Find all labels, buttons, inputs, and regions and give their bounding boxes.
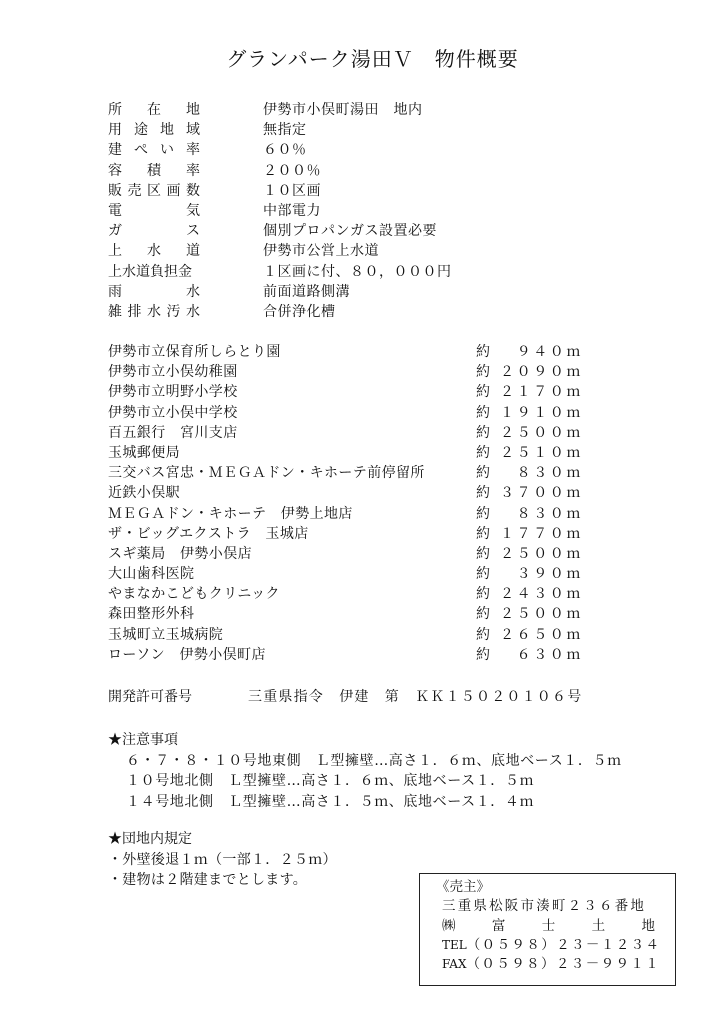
estate-rules-section: ★団地内規定 ・外壁後退１ｍ（一部１．２５ｍ） ・建物は２階建までとします。	[108, 829, 337, 891]
spec-value: 合併浄化槽	[263, 302, 336, 322]
phone-number: （０５９８）２３－１２３４	[467, 937, 661, 953]
phone-prefix: TEL	[442, 938, 467, 952]
facility-distance: ２５００ｍ	[500, 423, 583, 443]
spec-row-zoning: 用 途 地 域 無指定	[108, 120, 608, 140]
facility-row: スギ薬局 伊勢小俣店 約 ２５００ｍ	[108, 544, 588, 564]
label-char: 水	[147, 302, 161, 322]
approx-label: 約	[476, 483, 490, 503]
seller-info-box: 《売主》 三重県松阪市湊町２３６番地 ㈱ 富 士 土 地 TEL（０５９８）２３…	[419, 873, 676, 986]
facility-row: ローソン 伊勢小俣町店 約 ６３０ｍ	[108, 645, 588, 665]
spec-value: 伊勢市公営上水道	[263, 241, 379, 261]
caution-item: ６・７・８・１０号地東側 Ｌ型擁壁…高さ１．６ｍ、底地ベース１．５ｍ	[108, 751, 622, 772]
facility-distance: ２５１０ｍ	[500, 443, 583, 463]
company-char: 土	[592, 916, 606, 936]
approx-label: 約	[476, 625, 490, 645]
facility-name: ザ・ビッグエクストラ 玉城店	[108, 524, 309, 544]
facility-row: 伊勢市立小俣幼稚園 約 ２０９０ｍ	[108, 362, 588, 382]
spec-label: 所 在 地	[108, 100, 200, 120]
spec-row-rainwater: 雨 水 前面道路側溝	[108, 282, 608, 302]
facility-name: 伊勢市立保育所しらとり園	[108, 342, 281, 362]
label-char: ガ	[108, 221, 122, 241]
spec-value: １区画に付、８０，０００円	[263, 262, 452, 282]
spec-row-building-coverage: 建 ぺ い 率 ６０％	[108, 140, 608, 160]
company-char: 地	[642, 916, 656, 936]
facility-distance: ２１７０ｍ	[500, 382, 583, 402]
spec-row-floor-area-ratio: 容 積 率 ２００％	[108, 161, 608, 181]
spec-label: 電 気	[108, 201, 200, 221]
spec-label: 用 途 地 域	[108, 120, 200, 140]
facility-name: スギ薬局 伊勢小俣店	[108, 544, 252, 564]
approx-label: 約	[476, 544, 490, 564]
facility-name: ＭＥＧＡドン・キホーテ 伊勢上地店	[108, 504, 353, 524]
label-char: 地	[186, 100, 200, 120]
facility-row: やまなかこどもクリニック 約 ２４３０ｍ	[108, 584, 588, 604]
facility-name: 玉城郵便局	[108, 443, 180, 463]
label-char: 雑	[108, 302, 122, 322]
facility-distance: ９４０ｍ	[517, 342, 583, 362]
facility-name: ローソン 伊勢小俣町店	[108, 645, 266, 665]
spec-label: 上水道負担金	[108, 262, 200, 282]
spec-row-location: 所 在 地 伊勢市小俣町湯田 地内	[108, 100, 608, 120]
spec-value: ２００％	[263, 161, 321, 181]
spec-label: 販 売 区 画 数	[108, 181, 200, 201]
property-summary-page: グランパーク湯田Ｖ 物件概要 所 在 地 伊勢市小俣町湯田 地内 用 途 地 域…	[0, 0, 725, 1024]
label-char: 域	[186, 120, 200, 140]
facility-row: ＭＥＧＡドン・キホーテ 伊勢上地店 約 ８３０ｍ	[108, 504, 588, 524]
spec-label: 雨 水	[108, 282, 200, 302]
label-char: 道	[186, 241, 200, 261]
spec-value: ６０％	[263, 140, 307, 160]
label-char: 在	[147, 100, 161, 120]
label-char: 水	[186, 282, 200, 302]
label-char: 水	[186, 302, 200, 322]
approx-label: 約	[476, 463, 490, 483]
nearby-facilities-list: 伊勢市立保育所しらとり園 約 ９４０ｍ 伊勢市立小俣幼稚園 約 ２０９０ｍ 伊勢…	[108, 342, 588, 665]
company-char: 士	[542, 916, 556, 936]
spec-row-gas: ガ ス 個別プロパンガス設置必要	[108, 221, 608, 241]
facility-distance: ６３０ｍ	[517, 645, 583, 665]
facility-name: 伊勢市立小俣幼稚園	[108, 362, 238, 382]
label-char: 水	[147, 241, 161, 261]
facility-row: 森田整形外科 約 ２５００ｍ	[108, 604, 588, 624]
approx-label: 約	[476, 403, 490, 423]
label-char: 汚	[167, 302, 181, 322]
label-char: 上水道負担金	[108, 262, 192, 282]
spec-row-lot-count: 販 売 区 画 数 １０区画	[108, 181, 608, 201]
label-char: 用	[108, 120, 122, 140]
approx-label: 約	[476, 382, 490, 402]
approx-label: 約	[476, 504, 490, 524]
facility-distance: １９１０ｍ	[500, 403, 583, 423]
label-char: 数	[186, 181, 200, 201]
spec-label: ガ ス	[108, 221, 200, 241]
facility-name: 森田整形外科	[108, 604, 194, 624]
seller-address: 三重県松阪市湊町２３６番地	[442, 896, 655, 916]
spec-label: 上 水 道	[108, 241, 200, 261]
facility-name: 伊勢市立明野小学校	[108, 382, 238, 402]
facility-distance: ２５００ｍ	[500, 544, 583, 564]
approx-label: 約	[476, 423, 490, 443]
facility-row: 大山歯科医院 約 ３９０ｍ	[108, 564, 588, 584]
approx-label: 約	[476, 564, 490, 584]
spec-row-water-supply: 上 水 道 伊勢市公営上水道	[108, 241, 608, 261]
spec-value: 中部電力	[263, 201, 321, 221]
approx-label: 約	[476, 604, 490, 624]
facility-name: 百五銀行 宮川支店	[108, 423, 238, 443]
rule-item: ・外壁後退１ｍ（一部１．２５ｍ）	[108, 850, 337, 871]
facility-name: やまなかこどもクリニック	[108, 584, 280, 604]
spec-value: 個別プロパンガス設置必要	[263, 221, 437, 241]
spec-row-water-fee: 上水道負担金 １区画に付、８０，０００円	[108, 262, 608, 282]
facility-row: 近鉄小俣駅 約 ３７００ｍ	[108, 483, 588, 503]
facility-name: 三交バス宮忠・ＭＥＧＡドン・キホーテ前停留所	[108, 463, 425, 483]
label-char: 建	[108, 140, 122, 160]
facility-row: 伊勢市立保育所しらとり園 約 ９４０ｍ	[108, 342, 588, 362]
approx-label: 約	[476, 362, 490, 382]
approx-label: 約	[476, 524, 490, 544]
facility-row: 玉城郵便局 約 ２５１０ｍ	[108, 443, 588, 463]
permit-number: 三重県指令 伊建 第 ＫＫ１５０２０１０６号	[248, 686, 582, 708]
approx-label: 約	[476, 645, 490, 665]
spec-value: １０区画	[263, 181, 321, 201]
label-char: 上	[108, 241, 122, 261]
label-char: 率	[186, 140, 200, 160]
facility-name: 伊勢市立小俣中学校	[108, 403, 238, 423]
caution-item: １０号地北側 Ｌ型擁壁…高さ１．６ｍ、底地ベース１．５ｍ	[108, 771, 622, 792]
seller-company: ㈱ 富 士 土 地	[442, 916, 655, 936]
facility-distance: ２５００ｍ	[500, 604, 583, 624]
label-char: い	[160, 140, 174, 160]
facility-distance: ２４３０ｍ	[500, 584, 583, 604]
label-char: ぺ	[134, 140, 148, 160]
facility-name: 玉城町立玉城病院	[108, 625, 223, 645]
label-char: 所	[108, 100, 122, 120]
spec-value: 無指定	[263, 120, 307, 140]
page-title: グランパーク湯田Ｖ 物件概要	[0, 44, 725, 74]
facility-row: 玉城町立玉城病院 約 ２６５０ｍ	[108, 625, 588, 645]
fax-number: （０５９８）２３－９９１１	[467, 956, 661, 972]
spec-row-wastewater: 雑 排 水 汚 水 合併浄化槽	[108, 302, 608, 322]
approx-label: 約	[476, 443, 490, 463]
facility-distance: ２０９０ｍ	[500, 362, 583, 382]
label-char: 容	[108, 161, 122, 181]
facility-row: 伊勢市立明野小学校 約 ２１７０ｍ	[108, 382, 588, 402]
company-char: 富	[492, 916, 506, 936]
label-char: 排	[128, 302, 142, 322]
facility-distance: ３７００ｍ	[500, 483, 583, 503]
approx-label: 約	[476, 342, 490, 362]
facility-distance: ８３０ｍ	[517, 463, 583, 483]
label-char: 売	[128, 181, 142, 201]
spec-value: 前面道路側溝	[263, 282, 350, 302]
label-char: ス	[186, 221, 200, 241]
seller-fax: FAX（０５９８）２３－９９１１	[442, 954, 655, 974]
facility-row: ザ・ビッグエクストラ 玉城店 約 １７７０ｍ	[108, 524, 588, 544]
cautions-heading: ★注意事項	[108, 730, 622, 751]
facility-row: 三交バス宮忠・ＭＥＧＡドン・キホーテ前停留所 約 ８３０ｍ	[108, 463, 588, 483]
facility-distance: ２６５０ｍ	[500, 625, 583, 645]
caution-item: １４号地北側 Ｌ型擁壁…高さ１．５ｍ、底地ベース１．４ｍ	[108, 792, 622, 813]
facility-name: 大山歯科医院	[108, 564, 194, 584]
fax-prefix: FAX	[442, 957, 467, 971]
facility-distance: ８３０ｍ	[517, 504, 583, 524]
facility-name: 近鉄小俣駅	[108, 483, 180, 503]
spec-value: 伊勢市小俣町湯田 地内	[263, 100, 423, 120]
facility-distance: ３９０ｍ	[517, 564, 583, 584]
spec-label: 容 積 率	[108, 161, 200, 181]
facility-row: 伊勢市立小俣中学校 約 １９１０ｍ	[108, 403, 588, 423]
label-char: 販	[108, 181, 122, 201]
spec-label: 建 ぺ い 率	[108, 140, 200, 160]
cautions-section: ★注意事項 ６・７・８・１０号地東側 Ｌ型擁壁…高さ１．６ｍ、底地ベース１．５ｍ…	[108, 730, 622, 812]
label-char: 地	[160, 120, 174, 140]
label-char: 区	[147, 181, 161, 201]
company-char: ㈱	[442, 916, 456, 936]
rule-item: ・建物は２階建までとします。	[108, 870, 337, 891]
facility-row: 百五銀行 宮川支店 約 ２５００ｍ	[108, 423, 588, 443]
label-char: 画	[167, 181, 181, 201]
label-char: 率	[186, 161, 200, 181]
label-char: 気	[186, 201, 200, 221]
label-char: 積	[147, 161, 161, 181]
label-char: 雨	[108, 282, 122, 302]
rules-heading: ★団地内規定	[108, 829, 337, 850]
seller-phone: TEL（０５９８）２３－１２３４	[442, 935, 655, 955]
approx-label: 約	[476, 584, 490, 604]
spec-label: 雑 排 水 汚 水	[108, 302, 200, 322]
label-char: 途	[134, 120, 148, 140]
label-char: 電	[108, 201, 122, 221]
spec-row-electricity: 電 気 中部電力	[108, 201, 608, 221]
seller-heading: 《売主》	[436, 877, 490, 897]
spec-list: 所 在 地 伊勢市小俣町湯田 地内 用 途 地 域 無指定 建 ぺ い 率 ６０…	[108, 100, 608, 322]
facility-distance: １７７０ｍ	[500, 524, 583, 544]
permit-label: 開発許可番号	[108, 686, 192, 708]
